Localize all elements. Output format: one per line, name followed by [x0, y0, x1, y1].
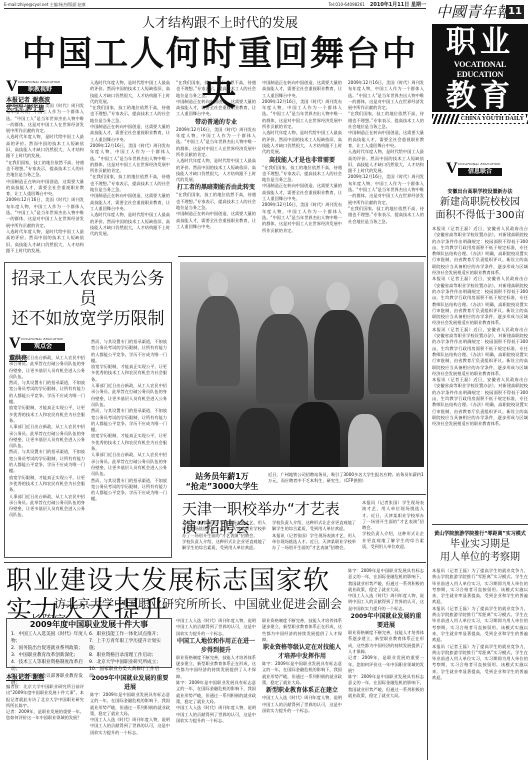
opinion-body-col1: 人事部门近日出台新政，从工人农民中招录公务员。此举旨在打破公务员队伍的身份壁垒，… — [9, 355, 85, 553]
sidebar-story-2-kicker: 黄山学院旅游学院推行“零距离”实习模式 — [432, 530, 528, 538]
crowd-person-1 — [190, 412, 230, 467]
lead-body-col1: 2009年12月16日，美国《时代》周刊发布年度人物，中国工人作为一个群体入选。… — [6, 103, 84, 253]
photo-caption-text: 近日，广州地铁公司招聘站务员，吸引了3000多名大学生报名应聘。站务员年薪约1万… — [268, 472, 424, 484]
poster-figure-2 — [256, 314, 308, 404]
poster-face-1 — [208, 272, 228, 298]
lead-subhead-1: 带动普通的专业 — [176, 118, 256, 127]
divider — [432, 524, 528, 525]
poster-figure-4 — [368, 304, 410, 394]
tianjin-body-col1: 本报讯（记者张国）学生现场表演才艺，用人单位现场挑选人才。近日，天津某职业学校举… — [182, 520, 266, 558]
lead-body-col5: 2009年12月16日，美国《时代》周刊发布年度人物，中国工人作为一个群体入选。… — [348, 80, 424, 252]
feature-subhead-2: 职业资格等级认定在对技能人才培养中发挥作用 — [262, 643, 342, 661]
poster-face-3 — [326, 282, 350, 312]
sidebar-story-2-body: 本报讯（记者王磊）为了提高学生的就业竞争力，黄山学院旅游学院推行“零距离”实习模… — [432, 568, 528, 758]
poster-figure-3 — [314, 310, 364, 400]
crowd-person-2 — [236, 408, 280, 467]
poster-figure-1 — [196, 296, 240, 386]
sidebar-story-1-headline-1: 新建高职院校校园 — [432, 196, 528, 209]
opinion-headline-2: 还不如放宽学历限制 — [5, 309, 171, 329]
lead-body-col2: 入选时代年度人物，是时代给中国工人最高的评价。然而中国的技术工人短缺依旧，高技能… — [90, 80, 170, 252]
feature-body-col3: 中国工人入选《时代》周刊年度人物，说明中国工人的贡献得到了世界的认可，这是中国软… — [176, 618, 256, 762]
top-ten-title: 2009年度中国职业发展十件大事 — [7, 619, 171, 631]
sidebar-story-2: 黄山学院旅游学院推行“零距离”实习模式 毕业实习期是 用人单位的考察期 本报讯（… — [432, 530, 528, 758]
top-ten-box: 2009年度中国职业发展十件大事 1．中国工人入选美国《时代》年度人物； 2．国… — [6, 618, 172, 668]
sidebar-divider — [427, 160, 428, 760]
photo-caption-title: 站务员年薪1万 “抢走”3000大学生 — [184, 472, 260, 492]
feature-body-col1: 编者按：北京大学中国职业研究所日前评出“2009年度中国职业发展十件大事”。本报… — [6, 684, 84, 762]
top-ten-item: 4．技术工人等职业资格制度改革启动； — [11, 659, 89, 673]
crowd-person-4 — [348, 414, 382, 467]
column-label: 观点会 — [21, 343, 65, 351]
header-tel: Tel:010-64098261 — [329, 2, 365, 7]
top-ten-item: 9．北京大学中国职业研究所成立； — [89, 659, 167, 666]
divider — [4, 562, 426, 563]
logo-en-text: VOCATIONAL EDUCATION — [18, 80, 60, 85]
sidebar-story-1-body: 本报讯（记者王磊）近日，安徽省人民政府出台《安徽省高等职业学校设置办法》，对新建… — [432, 226, 528, 526]
vocational-logo: V VOCATIONAL EDUCATION 职教视野 — [6, 80, 64, 94]
poster-face-2 — [270, 286, 294, 316]
sidebar-story-1: 安徽出台高职学校设置新办法 新建高职院校校园 面积不得低于300亩 本报讯（记者… — [432, 188, 528, 526]
tianjin-body-col2: 学校负责人介绍，这种形式让企业更直观地了解学生的综合素质，受到用人单位欢迎。 本… — [272, 520, 356, 558]
sidebar-story-1-headline-2: 面积不得低于300亩 — [432, 209, 528, 222]
lead-kicker: 人才结构跟不上时代的发展 — [120, 12, 320, 31]
top-ten-item: 6．职业技能工作一体化试点推开； — [89, 631, 167, 638]
poster-face-4 — [378, 280, 398, 306]
column-label: 信息联合 — [458, 168, 502, 176]
sidebar-logo: V VOCATIONAL EDUCATION 信息联合 — [446, 162, 504, 176]
lead-body-col3: “在我们国家，技工的地位依然不高，待遇也不理想。”专家表示，提高技术工人的社会地… — [176, 80, 256, 252]
page-number: 11 — [506, 5, 524, 19]
section-title-top: 职业 — [432, 24, 528, 60]
opinion-headline-1: 招录工人农民为公务员 — [5, 269, 171, 309]
lead-subhead-2: 高技能人才是也非常需要 — [262, 156, 342, 165]
sidebar-story-2-headline-1: 毕业实习期是 — [432, 538, 528, 551]
news-photo — [180, 262, 424, 467]
feature-subhead-0: 2009年中国就业发展的重要进展 — [90, 674, 170, 692]
sidebar-story-1-kicker: 安徽出台高职学校设置新办法 — [432, 188, 528, 196]
logo-en-text: VOCATIONAL EDUCATION — [21, 337, 63, 342]
v-logo-icon: V — [6, 80, 18, 94]
lead-body-col4: 中国制造正在转向中国创造，这需要大量的高技能人才，需要全社会重视职业教育，让工人… — [262, 80, 342, 252]
section-title-bottom: 教育 — [432, 80, 528, 114]
feature-subhead-1: 中国工人地位和作用正在进一步得到提升 — [176, 637, 256, 655]
feature-body-col2: 2009年中国就业发展的重要进展 陈宇：2009年是中国职业发展具有标志意义的一… — [90, 674, 170, 762]
section-title-block: 职业 VOCATIONAL EDUCATION 教育 — [432, 24, 528, 112]
top-ten-item: 1．中国工人入选美国《时代》年度人物； — [11, 631, 89, 645]
crowd-person-5 — [386, 412, 424, 467]
opinion-body-col2: 然而，与其设置专门的招录渠道，不如放宽公务员考试的学历限制，让所有有能力的人都能… — [91, 339, 167, 553]
top-ten-item: 3．中国职业教育改革创新深化； — [11, 652, 89, 659]
v-logo-icon: V — [446, 162, 458, 176]
paper-name-en: CHINA YOUTH DAILY — [459, 115, 526, 123]
divider — [178, 256, 426, 257]
logo-en-text: VOCATIONAL EDUCATION — [458, 162, 500, 167]
feature-body-col5: 陈宇：2009年是中国职业发展具有标志意义的一年，在国际金融危机的影响下，我国就… — [348, 568, 424, 762]
opinion-box: 招录工人农民为公务员 还不如放宽学历限制 V VOCATIONAL EDUCAT… — [4, 262, 172, 558]
divider — [178, 494, 426, 495]
v-logo-icon: V — [9, 337, 21, 351]
vocational-logo: V VOCATIONAL EDUCATION 信息联合 — [446, 162, 504, 176]
header-date: 2010年1月11日 星期一 — [370, 2, 426, 8]
header-right: Tel:010-64098261 2010年1月11日 星期一 — [329, 2, 426, 8]
section-title-en: VOCATIONAL EDUCATION — [432, 60, 528, 80]
masthead-stripe: CHINA YOUTH DAILY — [432, 114, 528, 124]
sidebar-story-2-headline-2: 用人单位的考察期 — [432, 551, 528, 564]
top-ten-item: 8．职业资格目录清理工作启动； — [89, 652, 167, 659]
feature-body-col4: 职业资格制度不断完善，技能人才培养体系逐步建立，新型职业教育体系正在形成，这些都… — [262, 618, 342, 762]
tianjin-body-col3: 本报讯（记者张国）学生现场表演才艺，用人单位现场挑选人才。近日，天津某职业学校举… — [362, 500, 424, 558]
feature-byline: 本报记者 谢燕 — [6, 674, 44, 682]
header-left-info: E-mail:zhiye@cyol.net 主编:杨杰/版面:赵康 — [4, 2, 86, 8]
top-ten-item: 7．上千万青年职工学历提升计划实施； — [89, 638, 167, 652]
page-header-line: E-mail:zhiye@cyol.net 主编:杨杰/版面:赵康 Tel:01… — [4, 2, 426, 9]
column-label: 职教视野 — [18, 86, 62, 94]
feature-subhead-0b: 2009年中国就业发展的重要进展 — [348, 612, 424, 630]
top-ten-item: 2．国务院出台促进就业系列政策； — [11, 645, 89, 652]
section-masthead: 中國青年報 11 职业 VOCATIONAL EDUCATION 教育 CHIN… — [432, 2, 528, 124]
opinion-logo: V VOCATIONAL EDUCATION 观点会 — [9, 337, 67, 351]
crowd-person-3 — [290, 402, 340, 467]
